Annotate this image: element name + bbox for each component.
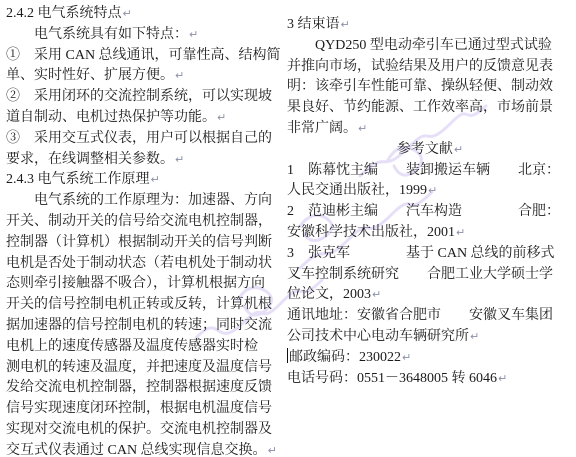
text-line: 实现对交流电机的保护。交流电机控制器及 <box>6 420 284 441</box>
line-text: 3 结束语 <box>287 17 340 32</box>
text-line: 明：该牵引车性能可靠、操纵轻便、制动效 <box>287 77 573 98</box>
text-line: 并推向市场，试验结果及用户的反馈意见表 <box>287 57 573 78</box>
line-text: 叉车控制系统研究 合肥工业大学硕士学 <box>287 267 553 282</box>
text-line: 开关的信号控制电机正转或反转，计算机根 <box>6 295 284 316</box>
line-text: 单、实时性好、扩展方便。 <box>6 68 174 83</box>
line-text: 实现对交流电机的保护。交流电机控制器及 <box>6 422 272 437</box>
paragraph-mark-icon: ↵ <box>151 173 160 186</box>
line-text: 信号实现速度闭环控制，根据电机温度信号 <box>6 401 272 416</box>
line-text: 明：该牵引车性能可靠、操纵轻便、制动效 <box>287 79 553 94</box>
paragraph-mark-icon: ↵ <box>454 143 463 156</box>
text-line: 公司技术中心电动车辆研究所↵ <box>287 327 573 348</box>
line-text: 2.4.2 电气系统特点 <box>6 6 122 21</box>
paragraph-mark-icon: ↵ <box>358 122 367 135</box>
line-text: 公司技术中心电动车辆研究所 <box>287 329 469 344</box>
text-line: 2 范迪彬主编 汽车构造 合肥： <box>287 202 573 223</box>
text-cursor <box>287 348 288 363</box>
line-text: 2.4.3 电气系统工作原理 <box>6 172 150 187</box>
line-text: 态则牵引接触器不吸合），计算机根据方向 <box>6 276 265 291</box>
line-text: 控制器（计算机）根据制动开关的信号判断 <box>6 235 272 250</box>
line-text: 参考文献 <box>397 142 453 157</box>
text-line: 道自制动、电机过热保护等功能。↵ <box>6 108 284 129</box>
line-text: QYD250 型电动牵引车已通过型式试验 <box>315 38 552 53</box>
line-text: 发给交流电机控制器，控制器根据速度反馈 <box>6 380 272 395</box>
text-line: 2.4.3 电气系统工作原理↵ <box>6 170 284 191</box>
paragraph-mark-icon: ↵ <box>189 28 198 41</box>
text-line: 信号实现速度闭环控制，根据电机温度信号 <box>6 399 284 420</box>
line-text: 电机上的速度传感器及温度传感器实时检 <box>6 339 258 354</box>
text-line: ③ 采用交互式仪表，用户可以根据自己的 <box>6 129 284 150</box>
text-line: 3 结束语↵ <box>287 15 573 36</box>
line-text: 交互式仪表通过 CAN 总线实现信息交换。 <box>6 443 267 457</box>
line-text: 道自制动、电机过热保护等功能。 <box>6 110 216 125</box>
paragraph-mark-icon: ↵ <box>341 18 350 31</box>
line-text: 开关的信号控制电机正转或反转，计算机根 <box>6 297 272 312</box>
text-line: 3 张克军 基于 CAN 总线的前移式 <box>287 244 573 265</box>
text-line: 电机是否处于制动状态（若电机处于制动状 <box>6 254 284 275</box>
line-text: ② 采用闭环的交流控制系统，可以实现坡 <box>6 89 272 104</box>
paragraph-mark-icon: ↵ <box>428 184 437 197</box>
line-text: 1 陈幕忱主编 装卸搬运车辆 北京： <box>287 163 560 178</box>
line-text: 开关、制动开关的信号给交流电机控制器， <box>6 214 272 229</box>
text-line: 2.4.2 电气系统特点↵ <box>6 4 284 25</box>
text-line: 人民交通出版社，1999↵ <box>287 181 573 202</box>
text-line: ② 采用闭环的交流控制系统，可以实现坡 <box>6 87 284 108</box>
paragraph-mark-icon: ↵ <box>372 288 381 301</box>
line-text: 邮政编码：230022 <box>289 350 401 365</box>
line-text: ① 采用 CAN 总线通讯，可靠性高、结构简 <box>6 48 281 63</box>
left-column: 2.4.2 电气系统特点↵电气系统具有如下特点：↵① 采用 CAN 总线通讯，可… <box>6 4 284 457</box>
line-text: 位论文，2003 <box>287 287 371 302</box>
text-line: 态则牵引接触器不吸合），计算机根据方向 <box>6 274 284 295</box>
text-line: 通讯地址：安徽省合肥市 安徽叉车集团 <box>287 306 573 327</box>
paragraph-mark-icon: ↵ <box>402 351 411 364</box>
text-line: 交互式仪表通过 CAN 总线实现信息交换。↵ <box>6 441 284 457</box>
paragraph-mark-icon: ↵ <box>470 330 479 343</box>
text-line: QYD250 型电动牵引车已通过型式试验 <box>287 36 573 57</box>
text-line: 据加速器的信号控制电机的转速；同时交流 <box>6 316 284 337</box>
line-text: 测电机的转速及温度，并把速度及温度信号 <box>6 360 272 375</box>
line-text: 并推向市场，试验结果及用户的反馈意见表 <box>287 59 553 74</box>
text-line: 单、实时性好、扩展方便。↵ <box>6 66 284 87</box>
line-text: 要求，在线调整相关参数。 <box>6 152 174 167</box>
text-line: 果良好、节约能源、工作效率高，市场前景 <box>287 98 573 119</box>
line-text: 安徽科学技术出版社，2001 <box>287 225 455 240</box>
text-line: 1 陈幕忱主编 装卸搬运车辆 北京： <box>287 161 573 182</box>
paragraph-mark-icon: ↵ <box>268 444 277 457</box>
line-text: 2 范迪彬主编 汽车构造 合肥： <box>287 204 560 219</box>
text-line: 要求，在线调整相关参数。↵ <box>6 150 284 171</box>
text-line: 非常广阔。↵ <box>287 119 573 140</box>
line-text: 电话号码：0551－3648005 转 6046 <box>287 371 497 386</box>
line-text: 据加速器的信号控制电机的转速；同时交流 <box>6 318 272 333</box>
paragraph-mark-icon: ↵ <box>175 69 184 82</box>
text-line: 发给交流电机控制器，控制器根据速度反馈 <box>6 378 284 399</box>
text-line: 开关、制动开关的信号给交流电机控制器， <box>6 212 284 233</box>
line-text: 果良好、节约能源、工作效率高，市场前景 <box>287 100 553 115</box>
line-text: 非常广阔。 <box>287 121 357 136</box>
text-line: 安徽科学技术出版社，2001↵ <box>287 223 573 244</box>
line-text: 电气系统具有如下特点： <box>34 27 188 42</box>
paragraph-mark-icon: ↵ <box>217 111 226 124</box>
text-line: 叉车控制系统研究 合肥工业大学硕士学 <box>287 265 573 286</box>
text-line: 电气系统的工作原理为：加速器、方向 <box>6 191 284 212</box>
line-text: 人民交通出版社，1999 <box>287 183 427 198</box>
line-text: ③ 采用交互式仪表，用户可以根据自己的 <box>6 131 272 146</box>
text-line: 电机上的速度传感器及温度传感器实时检 <box>6 337 284 358</box>
text-line: 参考文献↵ <box>287 140 573 161</box>
line-text: 3 张克军 基于 CAN 总线的前移式 <box>287 246 555 261</box>
text-line: ① 采用 CAN 总线通讯，可靠性高、结构简 <box>6 46 284 67</box>
text-line: 位论文，2003↵ <box>287 285 573 306</box>
text-line: 电话号码：0551－3648005 转 6046↵ <box>287 369 573 390</box>
text-line: 控制器（计算机）根据制动开关的信号判断 <box>6 233 284 254</box>
text-line: 邮政编码：230022↵ <box>287 348 573 369</box>
paragraph-mark-icon: ↵ <box>175 153 184 166</box>
text-line: 电气系统具有如下特点：↵ <box>6 25 284 46</box>
paragraph-mark-icon: ↵ <box>123 7 132 20</box>
right-column: 3 结束语↵QYD250 型电动牵引车已通过型式试验并推向市场，试验结果及用户的… <box>287 15 573 389</box>
paragraph-mark-icon: ↵ <box>456 226 465 239</box>
line-text: 电气系统的工作原理为：加速器、方向 <box>34 193 272 208</box>
text-line: 测电机的转速及温度，并把速度及温度信号 <box>6 358 284 379</box>
line-text: 通讯地址：安徽省合肥市 安徽叉车集团 <box>287 308 553 323</box>
line-text: 电机是否处于制动状态（若电机处于制动状 <box>6 256 272 271</box>
paragraph-mark-icon: ↵ <box>498 372 507 385</box>
